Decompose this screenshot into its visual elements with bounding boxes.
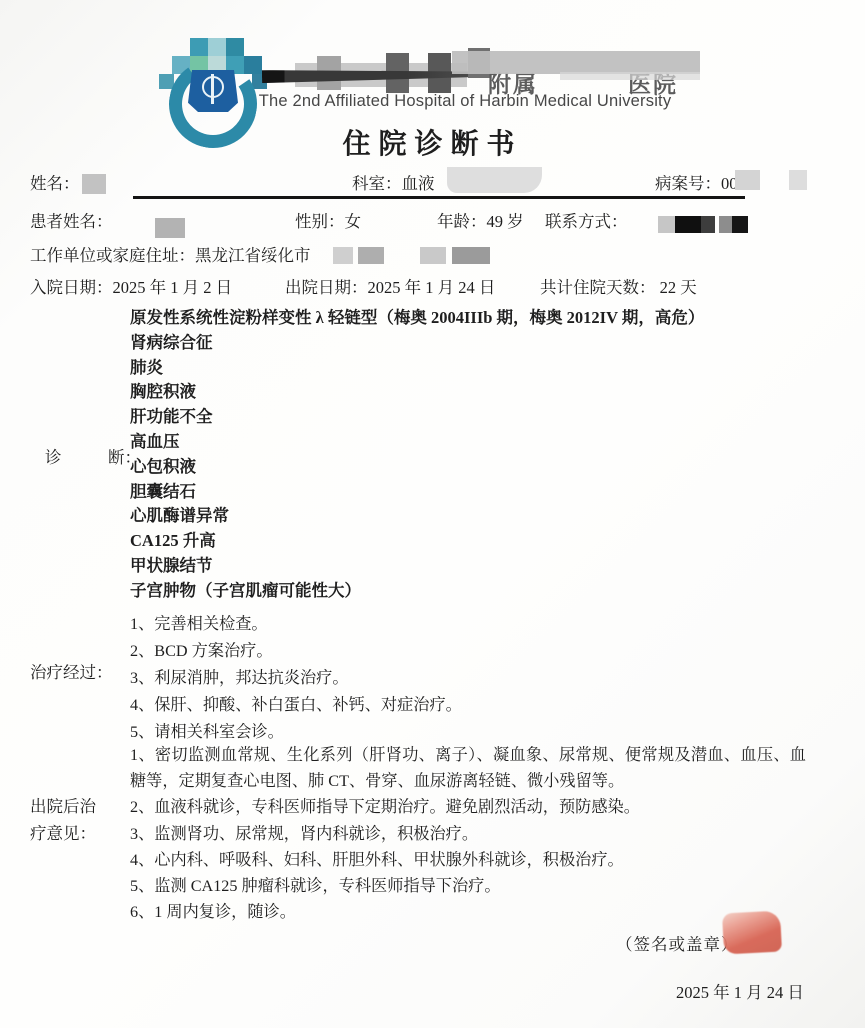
diagnosis-item: CA125 升高 (130, 529, 704, 554)
department-value: 血液 (402, 174, 435, 193)
admission-date-label: 入院日期： (30, 278, 113, 297)
hospital-days-label: 共计住院天数： (540, 278, 656, 297)
treatment-label: 治疗经过： (30, 659, 113, 683)
contact-redaction (732, 216, 748, 233)
department-redaction (447, 167, 542, 193)
address-redaction (333, 247, 353, 264)
gender-label: 性别： (295, 212, 345, 231)
discharge-advice-list: 1、密切监测血常规、生化系列（肝肾功、离子）、凝血象、尿常规、便常规及潜血、血压… (130, 742, 806, 925)
diagnosis-item: 原发性系统性淀粉样变性 λ 轻链型（梅奥 2004IIIb 期，梅奥 2012I… (130, 306, 704, 331)
age-field: 年龄：49 岁 (437, 208, 524, 232)
signature-label: （签名或盖章） (616, 931, 739, 955)
diagnosis-item: 肝功能不全 (130, 405, 704, 430)
department-field: 科室：血液 (352, 170, 435, 194)
diagnosis-item: 甲状腺结节 (130, 554, 704, 579)
diagnosis-item: 胸腔积液 (130, 380, 704, 405)
hospital-name-redaction-block (452, 51, 700, 74)
document-date: 2025 年 1 月 24 日 (676, 979, 804, 1003)
record-number-label: 病案号： (655, 174, 721, 193)
discharge-advice-label-line: 出院后治 (30, 793, 96, 820)
treatment-item: 1、完善相关检查。 (130, 611, 462, 638)
diagnosis-list: 原发性系统性淀粉样变性 λ 轻链型（梅奥 2004IIIb 期，梅奥 2012I… (130, 306, 704, 604)
diagnosis-label-text: 诊 (45, 444, 62, 468)
contact-redaction (701, 216, 715, 233)
address-field: 工作单位或家庭住址：黑龙江省绥化市 (30, 242, 311, 266)
treatment-list: 1、完善相关检查。 2、BCD 方案治疗。 3、利尿消肿，邦达抗炎治疗。 4、保… (130, 611, 462, 746)
treatment-item: 2、BCD 方案治疗。 (130, 638, 462, 665)
address-redaction (358, 247, 384, 264)
name-field: 姓名： (30, 170, 80, 194)
gender-field: 性别：女 (295, 208, 361, 232)
record-number-redaction (735, 170, 760, 190)
diagnosis-item: 心肌酶谱异常 (130, 504, 704, 529)
advice-item: 1、密切监测血常规、生化系列（肝肾功、离子）、凝血象、尿常规、便常规及潜血、血压… (130, 742, 806, 794)
address-redaction (420, 247, 446, 264)
age-label: 年龄： (437, 212, 487, 231)
gender-value: 女 (345, 212, 362, 231)
address-value: 黑龙江省绥化市 (195, 246, 311, 265)
hospital-name-redaction-block (560, 72, 700, 80)
hospital-days-value: 22 天 (660, 278, 697, 297)
admission-date-value: 2025 年 1 月 2 日 (113, 278, 233, 297)
diagnosis-item: 胆囊结石 (130, 480, 704, 505)
name-label: 姓名： (30, 174, 80, 193)
hospital-days-field: 共计住院天数： 22 天 (540, 274, 697, 298)
discharge-date-value: 2025 年 1 月 24 日 (368, 278, 496, 297)
advice-item: 6、1 周内复诊，随诊。 (130, 899, 806, 925)
discharge-date-field: 出院日期：2025 年 1 月 24 日 (285, 274, 495, 298)
contact-label: 联系方式： (545, 208, 628, 232)
discharge-date-label: 出院日期： (285, 278, 368, 297)
diagnosis-item: 子宫肿物（子宫肌瘤可能性大） (130, 579, 704, 604)
contact-redaction (719, 216, 732, 233)
treatment-item: 3、利尿消肿，邦达抗炎治疗。 (130, 665, 462, 692)
patient-name-label: 患者姓名： (30, 208, 113, 232)
contact-redaction (658, 216, 675, 233)
signature-stamp-redaction (722, 911, 782, 955)
patient-name-redaction (155, 218, 185, 238)
advice-item: 4、心内科、呼吸科、妇科、肝胆外科、甲状腺外科就诊，积极治疗。 (130, 847, 806, 873)
advice-item: 5、监测 CA125 肿瘤科就诊，专科医师指导下治疗。 (130, 873, 806, 899)
logo-mosaic-square (244, 56, 262, 74)
diagnosis-item: 肺炎 (130, 356, 704, 381)
advice-item: 3、监测肾功、尿常规，肾内科就诊，积极治疗。 (130, 821, 806, 847)
record-number-redaction (789, 170, 807, 190)
contact-redaction (675, 216, 701, 233)
diagnosis-label: 诊 断： (45, 444, 141, 468)
diagnosis-item: 高血压 (130, 430, 704, 455)
logo-mosaic-square (226, 38, 244, 56)
name-redaction (82, 174, 106, 194)
advice-item: 2、血液科就诊，专科医师指导下定期治疗。避免剧烈活动，预防感染。 (130, 794, 806, 820)
department-label: 科室： (352, 174, 402, 193)
discharge-advice-label-line: 疗意见： (30, 820, 96, 847)
page-title: 住院诊断书 (0, 122, 865, 162)
record-number-field: 病案号：00 (655, 170, 738, 194)
header-underline (133, 196, 745, 199)
discharge-diagnosis-document: 附属 医院 The 2nd Affiliated Hospital of Har… (0, 0, 865, 1028)
address-label: 工作单位或家庭住址： (30, 246, 195, 265)
treatment-item: 4、保肝、抑酸、补白蛋白、补钙、对症治疗。 (130, 692, 462, 719)
hospital-name-english: The 2nd Affiliated Hospital of Harbin Me… (135, 92, 795, 111)
discharge-advice-label: 出院后治 疗意见： (30, 793, 96, 847)
admission-date-field: 入院日期：2025 年 1 月 2 日 (30, 274, 232, 298)
logo-mosaic-square (190, 38, 208, 56)
address-redaction (452, 247, 490, 264)
diagnosis-item: 肾病综合征 (130, 331, 704, 356)
logo-mosaic-square (208, 38, 226, 56)
age-value: 49 岁 (487, 212, 524, 231)
diagnosis-item: 心包积液 (130, 455, 704, 480)
